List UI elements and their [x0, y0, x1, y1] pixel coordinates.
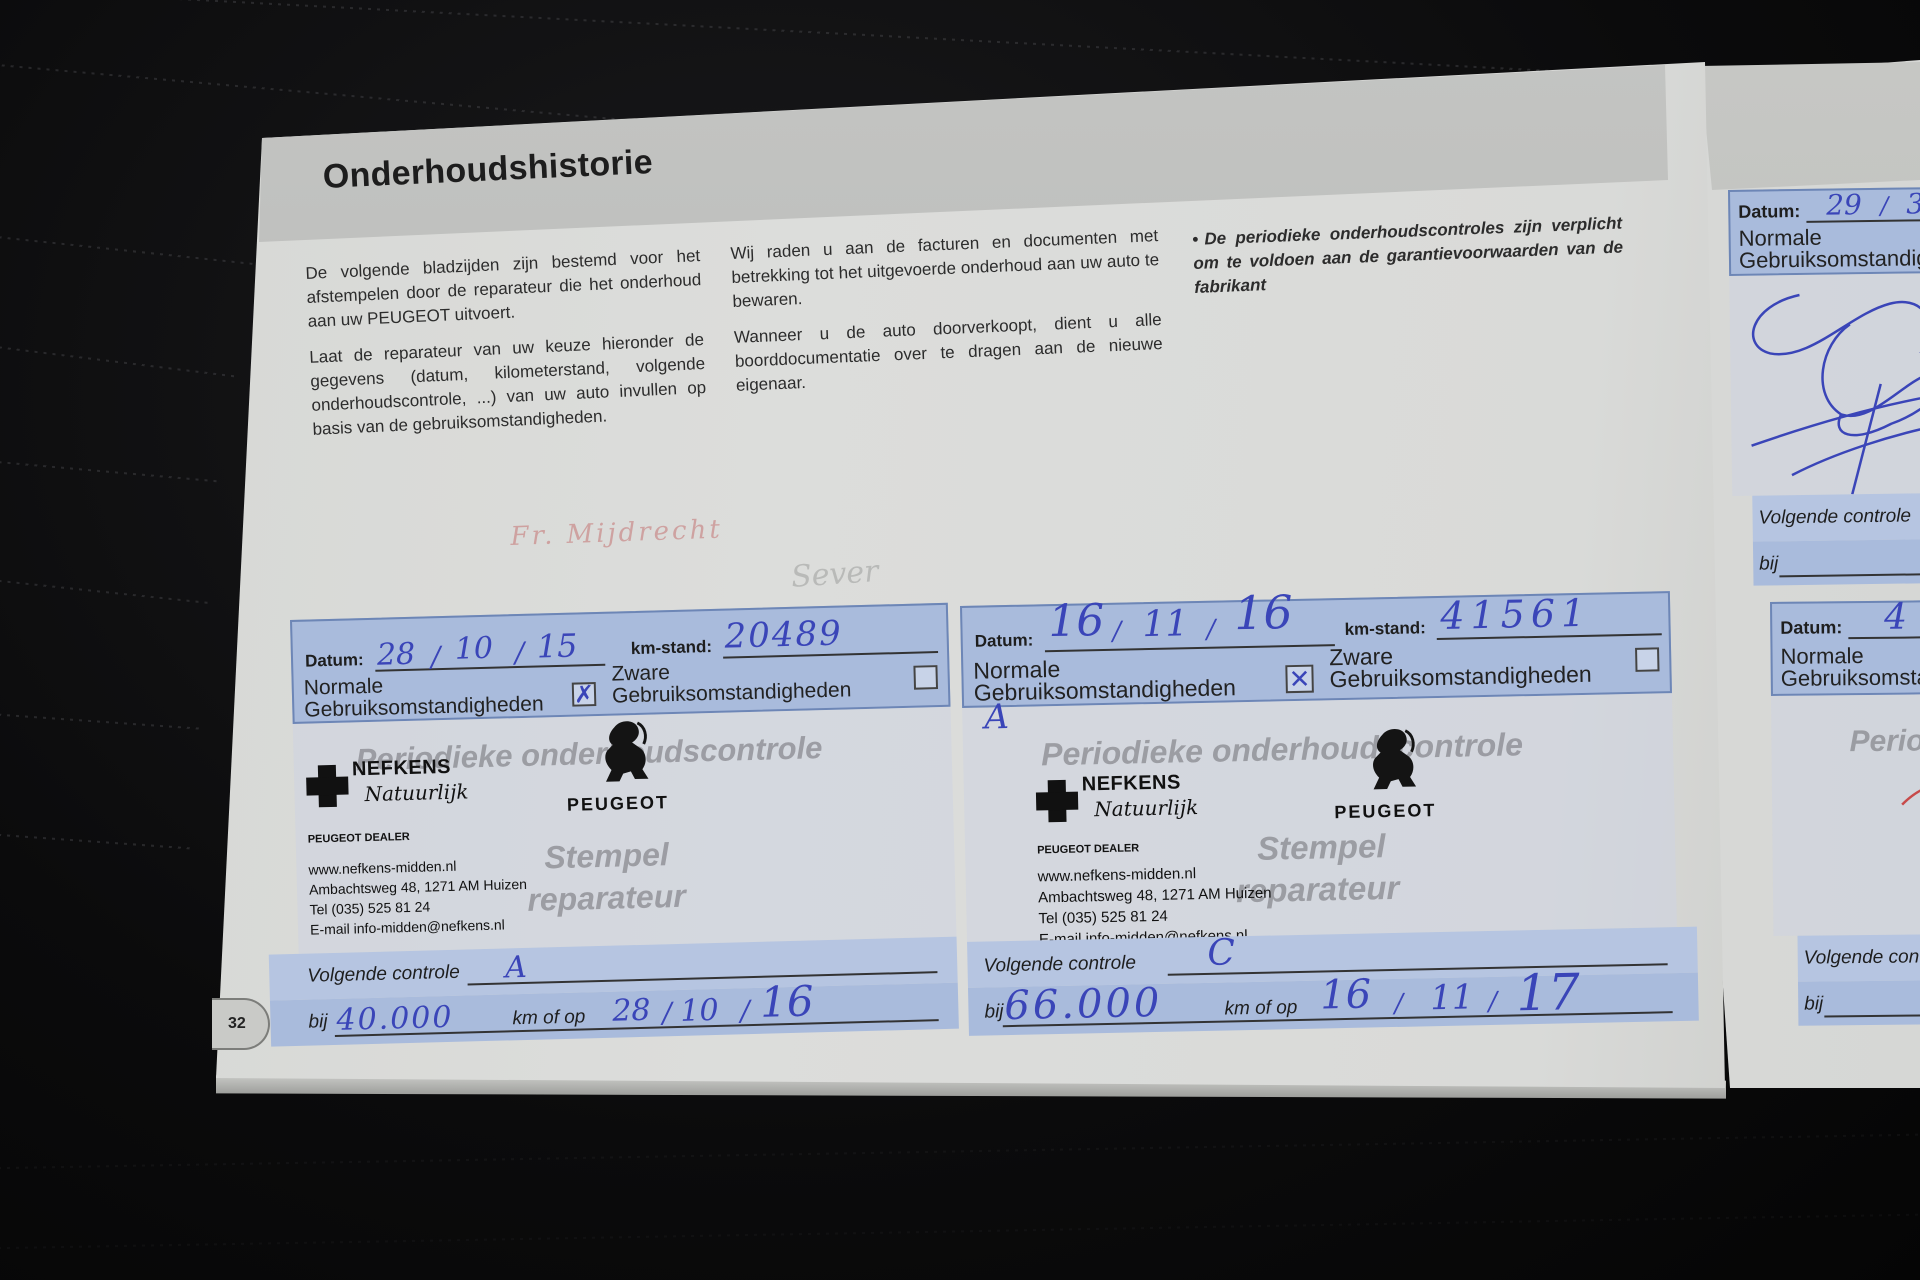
next-date-month[interactable]: 10 — [680, 993, 719, 1029]
date-year[interactable]: 15 — [536, 626, 578, 665]
nefkens-cross-icon — [1036, 780, 1079, 823]
heavy-conditions-label: Zware Gebruiksomstandigheden — [1329, 641, 1592, 690]
normal-conditions-label: Normale Gebruiksomstandigheden — [973, 654, 1236, 703]
date-sep: / — [1880, 192, 1888, 220]
handwritten-signature — [1729, 273, 1920, 496]
page-number-tab: 32 — [212, 998, 270, 1050]
heavy-line-2: Gebruiksomstandigheden — [612, 678, 852, 707]
date-label: Datum: — [975, 630, 1034, 651]
preprint-title: Periodieke onderhoudscontrole — [1041, 726, 1524, 773]
intro-column-2: Wij raden u aan de facturen en documente… — [730, 224, 1165, 410]
next-date-day[interactable]: 28 — [612, 993, 651, 1029]
date-sep: / — [514, 636, 524, 669]
date-sep: / — [662, 996, 672, 1029]
service-entry-4: Datum: 4 Normale Gebruiksomstandigheden … — [1770, 600, 1920, 1042]
intro-paragraph: Wanneer u de auto doorverkoopt, dient u … — [734, 308, 1165, 398]
intro-column-1: De volgende bladzijden zijn bestemd voor… — [305, 244, 708, 454]
date-sep: / — [1394, 989, 1403, 1019]
date-month[interactable]: 11 — [1142, 603, 1189, 645]
next-at-underline — [1824, 1014, 1920, 1017]
date-sep: / — [1206, 615, 1215, 645]
service-entry-1: Datum: 28 / 10 / 15 km-stand: 20489 Norm… — [290, 603, 961, 1050]
date-day[interactable]: 4 — [1884, 597, 1907, 638]
date-label: Datum: — [1738, 201, 1800, 223]
next-at-row: bij — [1798, 980, 1920, 1026]
date-day[interactable]: 29 — [1826, 188, 1862, 221]
check-mark-icon: ✕ — [1287, 664, 1312, 695]
heavy-conditions-checkbox[interactable] — [913, 665, 938, 690]
date-sep: / — [740, 994, 750, 1027]
date-underline — [1806, 219, 1920, 223]
normal-conditions-checkbox[interactable]: ✗ — [572, 682, 597, 707]
at-label: bij — [308, 1011, 328, 1033]
preprint-stamp: Stempel — [544, 836, 669, 876]
normal-line-2: Gebruiksomstandigheden — [1739, 244, 1920, 272]
peugeot-brand: PEUGEOT — [567, 792, 670, 816]
normal-conditions-label: Normale Gebruiksomstandigheden — [1780, 643, 1920, 690]
dealer-label: PEUGEOT DEALER — [1037, 842, 1139, 856]
next-at-underline — [1779, 573, 1920, 577]
red-ink-mark — [1772, 754, 1920, 876]
stamp-area — [1729, 273, 1920, 496]
peugeot-lion-icon — [1363, 726, 1422, 791]
nefkens-cross-icon — [306, 765, 349, 808]
intro-column-3: •De periodieke onderhoudscontroles zijn … — [1192, 211, 1625, 311]
km-stand-label: km-stand: — [631, 637, 713, 659]
date-month[interactable]: 3 — [1906, 187, 1920, 220]
service-entry-2: Datum: 16 / 11 / 16 km-stand: 41561 Norm… — [960, 591, 1681, 1036]
next-date-year[interactable]: 16 — [760, 976, 815, 1026]
normal-line-2: Gebruiksomstandigheden — [974, 674, 1237, 705]
next-at-row: bij — [1753, 539, 1920, 586]
service-letter[interactable]: A — [984, 697, 1009, 738]
dealer-tagline: Natuurlijk — [364, 779, 468, 806]
next-control-row: Volgende controle — [1752, 493, 1920, 542]
dealer-label: PEUGEOT DEALER — [308, 831, 410, 846]
at-label: bij — [1759, 553, 1778, 575]
heavy-conditions-checkbox[interactable] — [1635, 647, 1659, 671]
date-sep: / — [1112, 617, 1121, 647]
date-year[interactable]: 16 — [1234, 585, 1294, 640]
date-sep: / — [431, 640, 441, 673]
peugeot-lion-icon — [595, 719, 655, 784]
next-control-label: Volgende controle — [1758, 505, 1911, 529]
dealer-tagline: Natuurlijk — [1094, 795, 1198, 821]
preprint-title: Periodieke onderhoudscontrole — [1849, 720, 1920, 759]
at-label: bij — [1804, 993, 1823, 1015]
dealer-email: E-mail info-midden@nefkens.nl — [310, 914, 528, 940]
entry-header: Datum: 16 / 11 / 16 km-stand: 41561 Norm… — [960, 591, 1672, 708]
dealer-name: NEFKENS — [352, 756, 452, 782]
stamp-area: A Periodieke onderhoudscontrole Stempel … — [962, 693, 1677, 942]
date-day[interactable]: 16 — [1048, 595, 1105, 647]
normal-conditions-checkbox[interactable]: ✕ — [1285, 665, 1314, 694]
next-control-row: Volgende controle — [1797, 934, 1920, 982]
normal-line-2: Gebruiksomstandigheden — [304, 692, 544, 721]
km-or-on-label: km of op — [512, 1006, 585, 1030]
date-label: Datum: — [305, 650, 364, 672]
km-stand-label: km-stand: — [1344, 618, 1426, 640]
next-control-label: Volgende controle — [983, 952, 1136, 977]
dealer-contact: www.nefkens-midden.nl Ambachtsweg 48, 12… — [308, 854, 528, 940]
peugeot-brand: PEUGEOT — [1334, 800, 1436, 823]
heavy-line-1: Zware — [611, 661, 670, 686]
normal-line-2: Gebruiksomstandigheden — [1781, 663, 1920, 691]
normal-conditions-label: Normale Gebruiksomstandigheden — [1739, 224, 1920, 271]
next-control-underline — [468, 971, 938, 985]
entry-header: Datum: 4 Normale Gebruiksomstandigheden — [1770, 600, 1920, 696]
next-control-label: Volgende controle — [1804, 946, 1920, 970]
next-date-day[interactable]: 16 — [1320, 971, 1372, 1018]
date-sep: / — [1488, 987, 1497, 1017]
intro-bullet-paragraph: •De periodieke onderhoudscontroles zijn … — [1192, 211, 1624, 299]
km-stand-value[interactable]: 20489 — [724, 614, 843, 657]
stamp-area: Periodieke onderhoudscontrole — [1771, 694, 1920, 936]
next-date-year[interactable]: 17 — [1516, 963, 1581, 1022]
date-month[interactable]: 10 — [454, 631, 493, 667]
page-number: 32 — [228, 1015, 246, 1033]
entry-header: Datum: 28 / 10 / 15 km-stand: 20489 Norm… — [290, 603, 950, 724]
at-label: bij — [984, 1001, 1003, 1023]
dealer-name: NEFKENS — [1082, 771, 1182, 796]
heavy-conditions-label: Zware Gebruiksomstandigheden — [611, 657, 851, 707]
next-date-month[interactable]: 11 — [1430, 977, 1474, 1018]
next-control-value[interactable]: C — [1207, 932, 1235, 974]
normal-conditions-label: Normale Gebruiksomstandigheden — [304, 671, 544, 721]
intro-paragraph: Laat de reparateur van uw keuze hieronde… — [309, 328, 708, 442]
faint-gray-handwriting: Sever — [790, 554, 880, 595]
next-control-label: Volgende controle — [307, 962, 460, 988]
bullet-text: De periodieke onderhoudscontroles zijn v… — [1193, 213, 1623, 296]
date-label: Datum: — [1780, 617, 1842, 639]
stamp-area: Periodieke onderhoudscontrole Stempel re… — [293, 707, 957, 954]
entry-header: Datum: 29 / 3 Normale Gebruiksomstandigh… — [1728, 187, 1920, 276]
bullet-icon: • — [1192, 230, 1199, 249]
km-stand-value[interactable]: 41561 — [1440, 591, 1592, 638]
km-or-on-label: km of op — [1224, 997, 1297, 1021]
service-entry-3: Datum: 29 / 3 Normale Gebruiksomstandigh… — [1728, 187, 1920, 590]
check-mark-icon: ✗ — [574, 680, 595, 710]
preprint-repairer: reparateur — [527, 878, 686, 919]
next-control-value[interactable]: A — [505, 950, 528, 986]
preprint-stamp: Stempel — [1257, 827, 1386, 868]
next-control-underline — [1168, 963, 1668, 975]
date-day[interactable]: 28 — [376, 637, 415, 673]
heavy-line-2: Gebruiksomstandigheden — [1329, 661, 1592, 692]
